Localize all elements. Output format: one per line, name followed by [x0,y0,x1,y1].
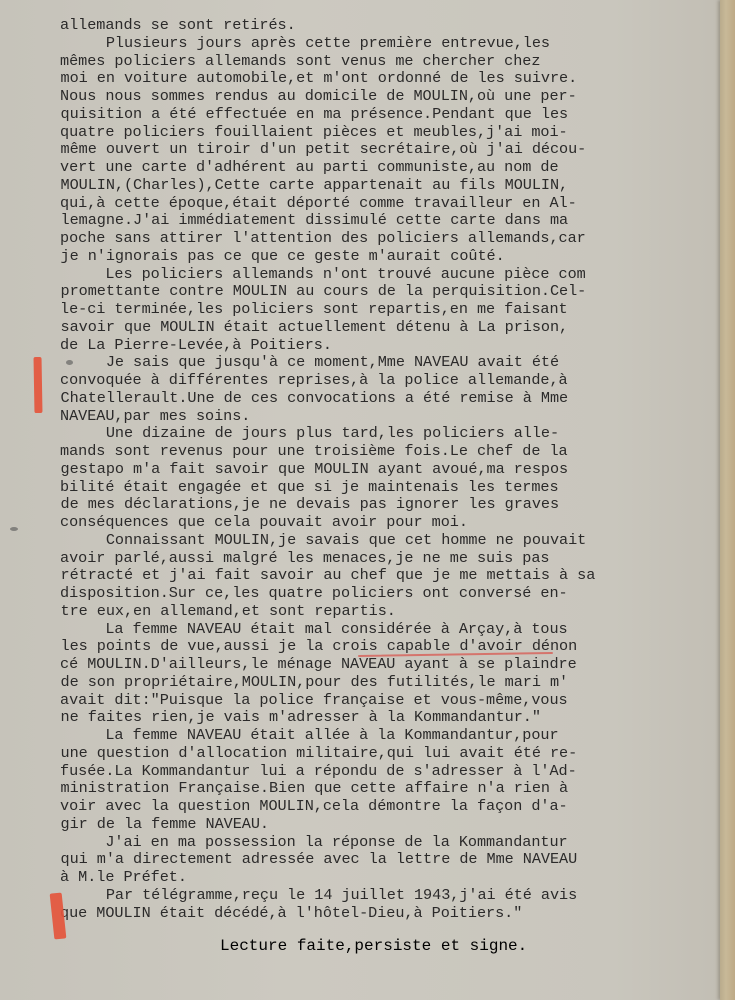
text-line: de La Pierre-Levée,à Poitiers. [60,336,332,354]
binder-edge [720,0,735,1000]
text-line: de son propriétaire,MOULIN,pour des futi… [61,673,569,691]
text-line: rétracté et j'ai fait savoir au chef que… [61,566,596,584]
text-line: Connaissant MOULIN,je savais que cet hom… [61,531,587,549]
text-line: NAVEAU,par mes soins. [60,407,250,425]
text-line: avoir parlé,aussi malgré les menaces,je … [60,549,549,567]
text-line: le-ci terminée,les policiers sont repart… [60,300,568,318]
text-line: Je sais que jusqu'à ce moment,Mme NAVEAU… [61,353,560,371]
text-line: allemands se sont retirés. [60,16,296,34]
text-line: Plusieurs jours après cette première ent… [61,34,550,52]
ink-smudge [10,527,18,531]
text-line: vert une carte d'adhérent au parti commu… [60,158,559,176]
text-line: même ouvert un tiroir d'un petit secréta… [61,140,587,158]
text-line: disposition.Sur ce,les quatre policiers … [60,584,568,602]
text-line: savoir que MOULIN était actuellement dét… [61,318,569,336]
text-line: ministration Française.Bien que cette af… [61,779,569,797]
text-line: La femme NAVEAU était mal considérée à A… [60,620,568,638]
ink-smudge [66,360,73,365]
text-line: J'ai en ma possession la réponse de la K… [60,833,568,851]
text-line: fusée.La Kommandantur lui a répondu de s… [60,762,577,780]
text-line: Une dizaine de jours plus tard,les polic… [61,424,560,442]
text-line: Chatellerault.Une de ces convocations a … [61,389,569,407]
text-line: Par télégramme,reçu le 14 juillet 1943,j… [61,886,578,904]
text-line: promettante contre MOULIN au cours de la… [61,282,587,300]
text-line: Nous nous sommes rendus au domicile de M… [60,87,577,105]
text-line: quatre policiers fouillaient pièces et m… [60,123,568,141]
text-line: mêmes policiers allemands sont venus me … [60,52,540,70]
text-line: de mes déclarations,je ne devais pas ign… [61,495,560,513]
text-line: voir avec la question MOULIN,cela démont… [60,797,568,815]
text-line: qui,à cette époque,était déporté comme t… [60,194,577,212]
text-line: que MOULIN était décédé,à l'hôtel-Dieu,à… [60,904,522,922]
text-line: gir de la femme NAVEAU. [61,815,269,833]
text-line: à M.le Préfet. [60,868,187,886]
text-line: MOULIN,(Charles),Cette carte appartenait… [61,176,569,194]
text-line: cé MOULIN.D'ailleurs,le ménage NAVEAU ay… [60,655,577,673]
text-line: quisition a été effectuée en ma présence… [61,105,569,123]
text-line: moi en voiture automobile,et m'ont ordon… [61,69,578,87]
text-line: qui m'a directement adressée avec la let… [61,850,578,868]
text-line: gestapo m'a fait savoir que MOULIN ayant… [61,460,569,478]
text-line: Les policiers allemands n'ont trouvé auc… [60,265,586,283]
text-line: tre eux,en allemand,et sont repartis. [61,602,396,620]
text-line: convoquée à différentes reprises,à la po… [60,371,568,389]
text-line: lemagne.J'ai immédiatement dissimulé cet… [61,211,569,229]
text-line: poche sans attirer l'attention des polic… [60,229,586,247]
text-line: mands sont revenus pour une troisième fo… [60,442,568,460]
text-line: La femme NAVEAU était allée à la Kommand… [60,726,559,744]
red-margin-mark [34,357,43,413]
text-line: bilité était engagée et que si je mainte… [60,478,559,496]
text-line: je n'ignorais pas ce que ce geste m'aura… [61,247,505,265]
text-line: avait dit:"Puisque la police française e… [60,691,568,709]
text-line: une question d'allocation militaire,qui … [61,744,578,762]
closing-statement: Lecture faite,persiste et signe. [220,937,527,955]
text-line: conséquences que cela pouvait avoir pour… [60,513,468,531]
text-line: ne faites rien,je vais m'adresser à la K… [61,708,541,726]
